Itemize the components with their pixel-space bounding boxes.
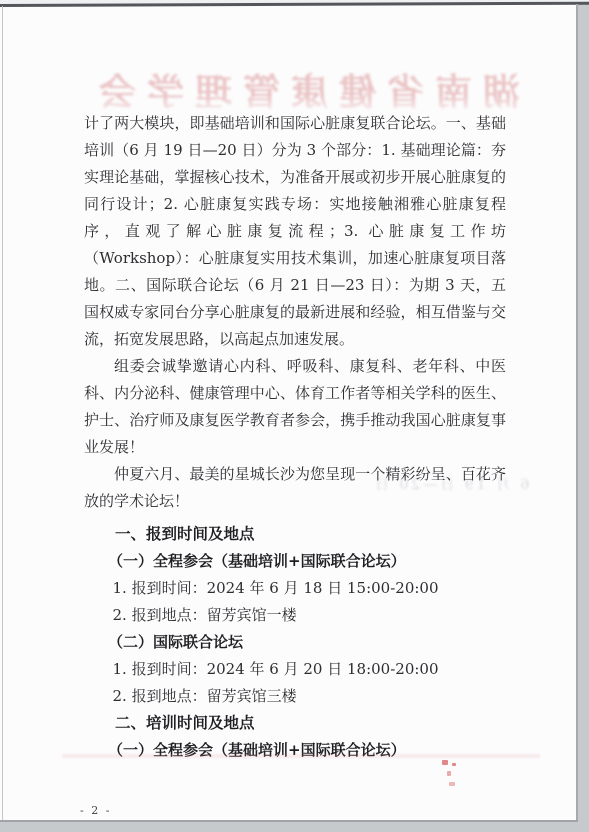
scan-left-edge	[2, 6, 3, 820]
red-ink-speck	[447, 771, 451, 776]
page-number: - 2 -	[80, 804, 111, 817]
item-checkin-time-2: 1. 报到时间：2024 年 6 月 20 日 18:00-20:00	[113, 656, 507, 683]
red-ink-speck	[449, 782, 455, 786]
item-checkin-place-1: 2. 报到地点：留芳宾馆一楼	[113, 602, 507, 629]
subsection-full-attendance-checkin: （一）全程参会（基础培训+国际联合论坛）	[108, 548, 506, 575]
item-checkin-time-1: 1. 报到时间：2024 年 6 月 18 日 15:00-20:00	[113, 575, 507, 602]
scanned-document-screenshot: { "document": { "kind": "scanned notice …	[0, 0, 589, 832]
item-checkin-place-2: 2. 报到地点：留芳宾馆三楼	[113, 683, 507, 710]
scan-right-edge	[576, 4, 578, 822]
section-heading-training-time-place: 二、培训时间及地点	[115, 710, 506, 737]
subsection-international-forum-checkin: （二）国际联合论坛	[108, 629, 506, 656]
scan-bottom-edge	[0, 820, 578, 822]
section-heading-checkin-time-place: 一、报到时间及地点	[115, 521, 506, 548]
red-ink-speck	[442, 760, 448, 765]
red-ink-speck	[452, 763, 456, 766]
pink-bleed-band	[62, 754, 540, 758]
paragraph-program-overview: 计了两大模块，即基础培训和国际心脏康复联合论坛。一、基础培训（6 月 19 日—…	[84, 110, 506, 353]
paragraph-invitation: 组委会诚挚邀请心内科、呼吸科、康复科、老年科、中医科、内分泌科、健康管理中心、体…	[84, 353, 506, 461]
ghost-bleed-through-text: 6 月 19 日—20 日	[372, 474, 529, 494]
document-body: 计了两大模块，即基础培训和国际心脏康复联合论坛。一、基础培训（6 月 19 日—…	[84, 110, 506, 764]
